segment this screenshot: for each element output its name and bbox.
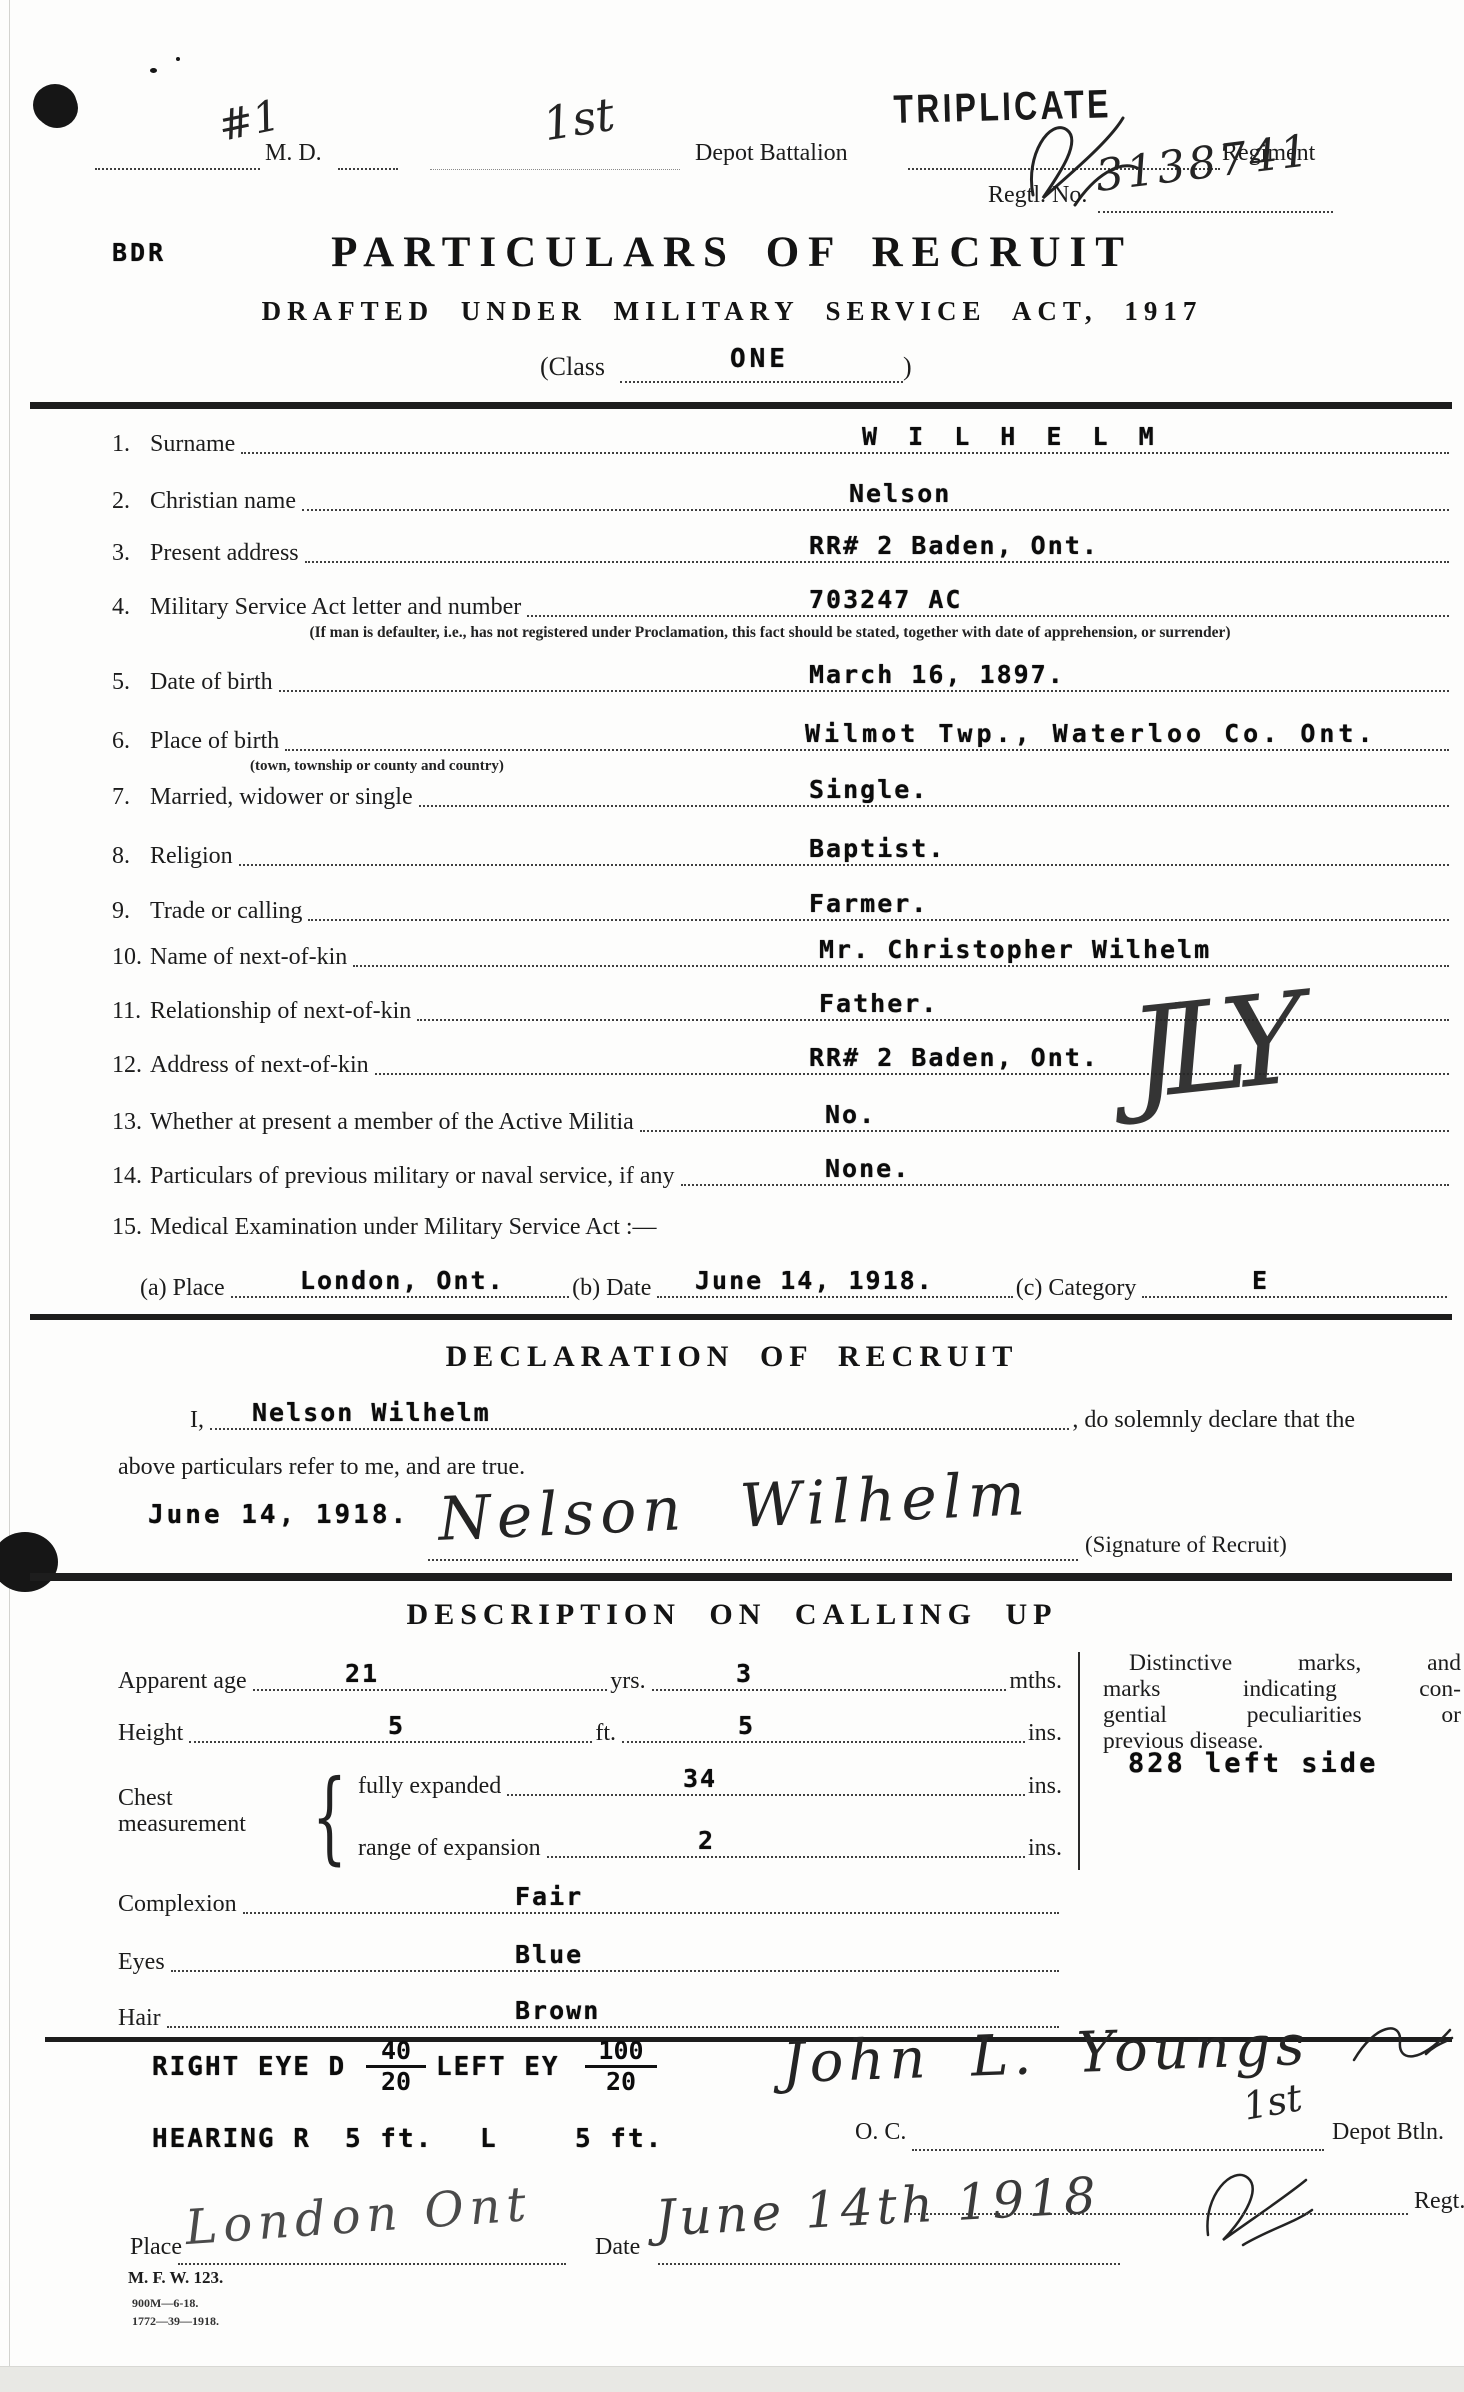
field-number: 9. [112, 898, 150, 925]
field-number: 6. [112, 728, 150, 755]
leader [171, 1969, 1059, 1972]
complexion-value: Fair [515, 1882, 583, 1911]
field-row-trade: 9.Trade or calling Farmer. [112, 892, 1452, 926]
field-leader [305, 560, 1449, 563]
field-number: 14. [112, 1163, 150, 1190]
depot-battalion-label: Depot Battalion [695, 140, 848, 167]
height-in-value: 5 [738, 1711, 755, 1740]
field-label: Religion [150, 843, 233, 869]
regtl-no-leader [1098, 210, 1333, 213]
complexion-row: Complexion Fair [118, 1885, 1062, 1919]
height-row: Height ft. ins. 5 5 [118, 1714, 1062, 1748]
regt-scribble [1188, 2150, 1318, 2255]
medical-place-leader [231, 1295, 569, 1298]
field-label: Medical Examination under Military Servi… [150, 1214, 657, 1240]
field-row-msa-number: 4.Military Service Act letter and number… [112, 588, 1452, 622]
md-label: M. D. [265, 140, 322, 167]
field-number: 12. [112, 1052, 150, 1079]
rule-above-description [30, 1573, 1452, 1581]
medical-exam-row: (a) Place (b) Date (c) Category London, … [140, 1269, 1450, 1303]
field-value: Mr. Christopher Wilhelm [819, 935, 1211, 964]
date-handwritten: June 14th 1918 [654, 2166, 1101, 2247]
field-row-date-of-birth: 5.Date of birth March 16, 1897. [112, 663, 1452, 697]
declaration-name-typed: Nelson Wilhelm [252, 1398, 491, 1427]
hearing-right-value: 5 ft. [345, 2124, 433, 2154]
field-number: 7. [112, 784, 150, 811]
right-eye-fraction: 40 20 [366, 2038, 426, 2095]
field-row-religion: 8.Religion Baptist. [112, 837, 1452, 871]
left-eye-fraction: 100 20 [585, 2038, 657, 2095]
field-value: None. [825, 1154, 910, 1183]
field-label: Address of next-of-kin [150, 1052, 369, 1078]
field-value: Wilmot Twp., Waterloo Co. Ont. [805, 719, 1377, 748]
field-label: Military Service Act letter and number [150, 594, 521, 620]
regt-label: Regt. [1414, 2188, 1464, 2215]
declaration-heading: DECLARATION OF RECRUIT [0, 1340, 1464, 1374]
scan-bottom-strip [0, 2366, 1464, 2392]
field-row-marital-status: 7.Married, widower or single Single. [112, 778, 1452, 812]
field-label: Whether at present a member of the Activ… [150, 1109, 634, 1135]
complexion-label: Complexion [118, 1891, 237, 1919]
rule-above-declaration [30, 1314, 1452, 1320]
field-row-surname: 1.Surname W I L H E L M [112, 425, 1452, 459]
ft-unit: ft. [595, 1720, 616, 1748]
right-eye-numerator: 40 [366, 2038, 426, 2064]
marks-panel-divider [1078, 1652, 1080, 1870]
ins-unit: ins. [1028, 1773, 1062, 1801]
print-line-2: 1772—39—1918. [132, 2314, 219, 2329]
leader [507, 1793, 1025, 1796]
declaration-date-typed: June 14, 1918. [148, 1500, 409, 1530]
medical-category-label: (c) Category [1016, 1275, 1137, 1303]
date-label: Date [595, 2234, 640, 2261]
field-value: RR# 2 Baden, Ont. [809, 531, 1099, 560]
field-label: Date of birth [150, 669, 273, 695]
place-leader [178, 2262, 566, 2265]
rule-top [30, 402, 1452, 409]
regtl-no-label: Regtl. No. [988, 182, 1087, 209]
left-eye-denominator: 20 [585, 2065, 657, 2095]
field-number: 10. [112, 944, 150, 971]
age-months-value: 3 [736, 1659, 753, 1688]
md-leader-left [95, 167, 260, 170]
scan-left-edge [9, 0, 10, 2392]
marks-note-line: Distinctive marks, and [1103, 1650, 1461, 1677]
field-value: W I L H E L M [862, 422, 1162, 451]
field-leader [239, 863, 1449, 866]
ink-blot-left-margin [0, 1532, 58, 1592]
declaration-line2: above particulars refer to me, and are t… [118, 1454, 525, 1481]
field-number: 2. [112, 488, 150, 515]
field-row-active-militia: 13.Whether at present a member of the Ac… [112, 1103, 1452, 1137]
hearing-label: HEARING R [152, 2124, 311, 2154]
mths-unit: mths. [1009, 1668, 1062, 1696]
hearing-left-value: 5 ft. [575, 2124, 663, 2154]
field-number: 4. [112, 594, 150, 621]
marks-note-line: marks indicating con- [1103, 1676, 1461, 1703]
field-label: Christian name [150, 488, 296, 514]
speck [150, 68, 157, 73]
declaration-i-label: I, [190, 1407, 204, 1435]
field-leader [527, 614, 1449, 617]
field-label: Married, widower or single [150, 784, 413, 810]
field-leader [302, 508, 1449, 511]
apparent-age-label: Apparent age [118, 1668, 247, 1696]
medical-date-leader [657, 1295, 1012, 1298]
md-leader-right [338, 167, 398, 170]
leader [652, 1688, 1007, 1691]
signature-caption: (Signature of Recruit) [1085, 1532, 1287, 1558]
field-value: Single. [809, 775, 928, 804]
field-leader [640, 1129, 1449, 1132]
form-code: M. F. W. 123. [128, 2268, 223, 2288]
field-note-defaulter: (If man is defaulter, i.e., has not regi… [165, 624, 1375, 642]
field-number: 11. [112, 998, 150, 1025]
depot-leader-left [430, 168, 680, 170]
leader [547, 1855, 1025, 1858]
class-open: (Class [540, 352, 605, 382]
field-value: No. [825, 1100, 876, 1129]
scanned-form-page: #1 M. D. 1st Depot Battalion TRIPLICATE … [0, 0, 1464, 2392]
recruit-signature: Nelson Wilhelm [437, 1459, 1033, 1555]
right-eye-denominator: 20 [366, 2065, 426, 2095]
fully-expanded-label: fully expanded [358, 1773, 501, 1801]
eyes-label: Eyes [118, 1949, 165, 1977]
leader [243, 1911, 1059, 1914]
declaration-name-row: I, , do solemnly declare that the Nelson… [190, 1401, 1355, 1435]
hearing-left-label: L [480, 2124, 498, 2154]
chest-label-line2: measurement [118, 1811, 246, 1838]
form-subtitle: DRAFTED UNDER MILITARY SERVICE ACT, 1917 [0, 296, 1464, 327]
field-row-nok-name: 10.Name of next-of-kin Mr. Christopher W… [112, 938, 1452, 972]
depot-btln-label: Depot Btln. [1332, 2119, 1444, 2146]
ink-blot-top-left [33, 84, 77, 126]
field-value: Baptist. [809, 834, 945, 863]
medical-place-value: London, Ont. [300, 1266, 505, 1295]
field-value: Farmer. [809, 889, 928, 918]
field-note-place-of-birth: (town, township or county and country) [250, 758, 504, 775]
right-eye-label: RIGHT EYE D [152, 2052, 346, 2082]
depot-battalion-handwritten: 1st [539, 87, 618, 151]
description-heading: DESCRIPTION ON CALLING UP [0, 1598, 1464, 1632]
chest-range-value: 2 [698, 1826, 715, 1855]
field-value: Father. [819, 989, 938, 1018]
marks-value: 828 left side [1128, 1748, 1378, 1779]
medical-category-value: E [1252, 1266, 1269, 1295]
field-leader [285, 748, 1449, 751]
chest-expanded-value: 34 [683, 1764, 717, 1793]
class-value: ONE [730, 344, 789, 374]
ins-unit: ins. [1028, 1720, 1062, 1748]
date-leader [658, 2262, 1120, 2265]
medical-date-label: (b) Date [572, 1275, 651, 1303]
yrs-unit: yrs. [610, 1668, 645, 1696]
place-handwritten: London Ont [183, 2176, 533, 2256]
medical-category-leader [1142, 1295, 1447, 1298]
field-number: 3. [112, 540, 150, 567]
class-close: ) [903, 352, 912, 382]
range-expansion-label: range of expansion [358, 1835, 541, 1863]
form-title: PARTICULARS OF RECRUIT [0, 228, 1464, 277]
class-leader [620, 380, 903, 383]
field-leader [279, 689, 1449, 692]
field-value: RR# 2 Baden, Ont. [809, 1043, 1099, 1072]
oc-signature-flourish [1350, 2012, 1455, 2072]
field-number: 8. [112, 843, 150, 870]
field-label: Place of birth [150, 728, 279, 754]
field-row-present-address: 3.Present address RR# 2 Baden, Ont. [112, 534, 1452, 568]
age-years-value: 21 [345, 1659, 379, 1688]
print-line-1: 900M—6-18. [132, 2296, 198, 2311]
left-eye-label: LEFT EY [436, 2052, 560, 2082]
oc-label: O. C. [855, 2119, 906, 2146]
field-value: March 16, 1897. [809, 660, 1065, 689]
field-leader [417, 1018, 1449, 1021]
field-leader [241, 451, 1449, 454]
field-row-christian-name: 2.Christian name Nelson [112, 482, 1452, 516]
field-value: 703247 AC [809, 585, 962, 614]
chest-label-line1: Chest [118, 1785, 173, 1812]
hair-value: Brown [515, 1996, 600, 2025]
field-label: Name of next-of-kin [150, 944, 347, 970]
field-number: 15. [112, 1214, 150, 1241]
field-number: 1. [112, 431, 150, 458]
apparent-age-row: Apparent age yrs. mths. 21 3 [118, 1662, 1062, 1696]
field-leader [308, 918, 1449, 921]
marks-note-line: gential peculiarities or [1103, 1702, 1461, 1729]
eyes-row: Eyes Blue [118, 1943, 1062, 1977]
chest-expanded-row: fully expanded ins. 34 [358, 1767, 1062, 1801]
height-label: Height [118, 1720, 183, 1748]
signature-leader [428, 1558, 1078, 1561]
speck [176, 57, 180, 61]
field-label: Relationship of next-of-kin [150, 998, 411, 1024]
left-eye-numerator: 100 [585, 2038, 657, 2064]
field-label: Surname [150, 431, 235, 457]
place-label: Place [130, 2234, 182, 2261]
field-leader [419, 804, 1449, 807]
oc-depot-handwritten: 1st [1240, 2075, 1306, 2129]
field-value: Nelson [849, 479, 951, 508]
medical-place-label: (a) Place [140, 1275, 225, 1303]
field-number: 5. [112, 669, 150, 696]
field-label: Particulars of previous military or nava… [150, 1163, 675, 1189]
field-label: Present address [150, 540, 299, 566]
hair-label: Hair [118, 2005, 161, 2033]
field-leader [681, 1183, 1450, 1186]
ins-unit: ins. [1028, 1835, 1062, 1863]
field-leader [353, 964, 1449, 967]
height-ft-value: 5 [388, 1711, 405, 1740]
field-label: Trade or calling [150, 898, 302, 924]
leader [253, 1688, 608, 1691]
medical-date-value: June 14, 1918. [695, 1266, 934, 1295]
field-row-place-of-birth: 6.Place of birth Wilmot Twp., Waterloo C… [112, 722, 1452, 756]
field-row-previous-service: 14.Particulars of previous military or n… [112, 1157, 1452, 1191]
chest-range-row: range of expansion ins. 2 [358, 1829, 1062, 1863]
field-number: 13. [112, 1109, 150, 1136]
field-15-label: 15.Medical Examination under Military Se… [112, 1214, 657, 1241]
leader [189, 1740, 592, 1743]
chest-brace: { [312, 1758, 347, 1875]
declaration-suffix: , do solemnly declare that the [1072, 1407, 1355, 1435]
leader [622, 1740, 1025, 1743]
eyes-value: Blue [515, 1940, 583, 1969]
declaration-name-leader [210, 1427, 1069, 1430]
